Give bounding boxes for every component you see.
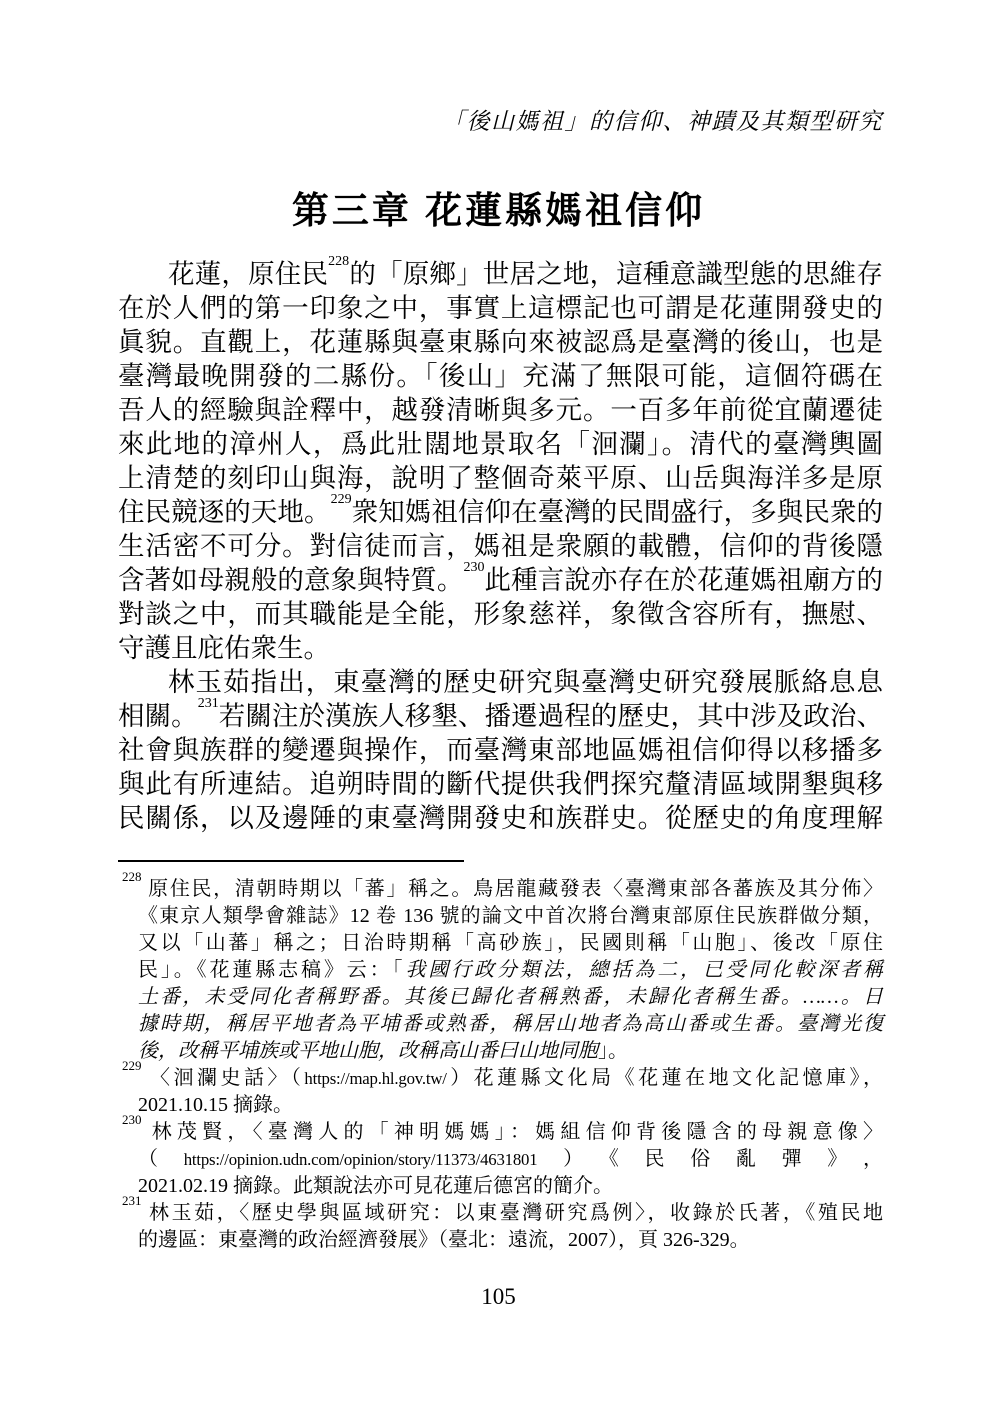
url-text: https://map.hl.gov.tw/ bbox=[304, 1069, 446, 1088]
body-text: 花蓮，原住民228的「原鄉」世居之地，這種意識型態的思維存在於人們的第一印象之中… bbox=[118, 257, 883, 835]
footnote-line: 據時期，稱居平地者為平埔番或熟番，稱居山地者為高山番或生番。臺灣光復 bbox=[138, 1011, 883, 1038]
running-head: 「後山媽祖」的信仰、神蹟及其類型研究 bbox=[118, 103, 883, 136]
body-line: 花蓮，原住民228的「原鄉」世居之地，這種意識型態的思維存 bbox=[118, 257, 883, 291]
page-number: 105 bbox=[0, 1284, 997, 1310]
body-line: 生活密不可分。對信徒而言，媽祖是衆願的載體，信仰的背後隱 bbox=[118, 529, 883, 563]
body-line: 民關係，以及邊陲的東臺灣開發史和族群史。從歷史的角度理解 bbox=[118, 801, 883, 835]
body-line: 含著如母親般的意象與特質。230此種言說亦存在於花蓮媽祖廟方的 bbox=[118, 563, 883, 597]
body-line: 在於人們的第一印象之中，事實上這標記也可謂是花蓮開發史的 bbox=[118, 291, 883, 325]
kai-quote-text: 我國行政分類法，總括為二，已受同化較深者稱 bbox=[405, 959, 883, 981]
footnote-line: 的邊區：東臺灣的政治經濟發展》（臺北：遠流，2007），頁 326-329。 bbox=[138, 1227, 883, 1254]
footnote-line: 《東京人類學會雜誌》12 卷 136 號的論文中首次將台灣東部原住民族群做分類， bbox=[138, 903, 883, 930]
body-line: 守護且庇佑衆生。 bbox=[118, 631, 883, 665]
footnote-separator bbox=[118, 860, 464, 862]
body-line: 社會與族群的變遷與操作，而臺灣東部地區媽祖信仰得以移播多 bbox=[118, 733, 883, 767]
footnote-ref: 228 bbox=[328, 254, 349, 269]
footnote-number: 230 bbox=[122, 1112, 142, 1127]
footnote-230: 230林茂賢，〈臺灣人的「神明媽媽」：媽組信仰背後隱含的母親意像〉（https:… bbox=[118, 1119, 883, 1200]
body-line: 住民競逐的天地。229衆知媽祖信仰在臺灣的民間盛行，多與民衆的 bbox=[118, 495, 883, 529]
body-line: 對談之中，而其職能是全能，形象慈祥，象徵含容所有，撫慰、 bbox=[118, 597, 883, 631]
footnote-line: 230林茂賢，〈臺灣人的「神明媽媽」：媽組信仰背後隱含的母親意像〉 bbox=[138, 1119, 883, 1146]
kai-quote-text: 據時期，稱居平地者為平埔番或熟番，稱居山地者為高山番或生番。臺灣光復 bbox=[138, 1013, 883, 1035]
footnote-line: 229〈洄瀾史話〉（https://map.hl.gov.tw/）花蓮縣文化局《… bbox=[138, 1065, 883, 1092]
footnote-line: 228原住民，清朝時期以「蕃」稱之。鳥居龍藏發表〈臺灣東部各蕃族及其分佈〉 bbox=[138, 876, 883, 903]
footnote-228: 228原住民，清朝時期以「蕃」稱之。鳥居龍藏發表〈臺灣東部各蕃族及其分佈〉《東京… bbox=[118, 876, 883, 1065]
body-line: 上清楚的刻印山與海，說明了整個奇萊平原、山岳與海洋多是原 bbox=[118, 461, 883, 495]
footnote-line: 231林玉茹，〈歷史學與區域研究：以東臺灣研究爲例〉，收錄於氏著，《殖民地 bbox=[138, 1200, 883, 1227]
footnote-229: 229〈洄瀾史話〉（https://map.hl.gov.tw/）花蓮縣文化局《… bbox=[118, 1065, 883, 1119]
kai-quote-text: 土番，未受同化者稱野番。其後已歸化者稱熟番，未歸化者稱生番。……。日 bbox=[138, 986, 883, 1008]
footnote-ref: 229 bbox=[331, 492, 352, 507]
footnote-number: 228 bbox=[122, 869, 142, 884]
footnote-231: 231林玉茹，〈歷史學與區域研究：以東臺灣研究爲例〉，收錄於氏著，《殖民地的邊區… bbox=[118, 1200, 883, 1254]
body-line: 相關。231若關注於漢族人移墾、播遷過程的歷史，其中涉及政治、 bbox=[118, 699, 883, 733]
chapter-title: 第三章 花蓮縣媽祖信仰 bbox=[0, 180, 997, 234]
footnote-line: 民」。《花蓮縣志稿》云：「我國行政分類法，總括為二，已受同化較深者稱 bbox=[138, 957, 883, 984]
footnote-line: 後，改稱平埔族或平地山胞，改稱高山番曰山地同胞」。 bbox=[138, 1038, 883, 1065]
footnote-line: 2021.10.15 摘錄。 bbox=[138, 1092, 883, 1119]
footnote-line: 又以「山蕃」稱之；日治時期稱「高砂族」，民國則稱「山胞」、後改「原住 bbox=[138, 930, 883, 957]
footnote-line: 2021.02.19 摘錄。此類說法亦可見花蓮后德宮的簡介。 bbox=[138, 1173, 883, 1200]
url-text: https://opinion.udn.com/opinion/story/11… bbox=[184, 1150, 538, 1169]
footnote-line: 土番，未受同化者稱野番。其後已歸化者稱熟番，未歸化者稱生番。……。日 bbox=[138, 984, 883, 1011]
footnote-line: （https://opinion.udn.com/opinion/story/1… bbox=[138, 1146, 883, 1173]
footnote-ref: 231 bbox=[198, 696, 219, 711]
footnote-number: 229 bbox=[122, 1058, 142, 1073]
body-line: 與此有所連結。追朔時間的斷代提供我們探究釐清區域開墾與移 bbox=[118, 767, 883, 801]
body-line: 眞貌。直觀上，花蓮縣與臺東縣向來被認爲是臺灣的後山，也是 bbox=[118, 325, 883, 359]
footnotes: 228原住民，清朝時期以「蕃」稱之。鳥居龍藏發表〈臺灣東部各蕃族及其分佈〉《東京… bbox=[118, 876, 883, 1254]
kai-quote-text: 後，改稱平埔族或平地山胞，改稱高山番曰山地同胞 bbox=[138, 1040, 598, 1062]
body-line: 臺灣最晚開發的二縣份。「後山」充滿了無限可能，這個符碼在 bbox=[118, 359, 883, 393]
body-line: 來此地的漳州人，爲此壯闊地景取名「洄瀾」。清代的臺灣輿圖 bbox=[118, 427, 883, 461]
footnote-ref: 230 bbox=[463, 560, 484, 575]
body-line: 吾人的經驗與詮釋中，越發清晰與多元。一百多年前從宜蘭遷徒 bbox=[118, 393, 883, 427]
body-line: 林玉茹指出，東臺灣的歷史研究與臺灣史研究發展脈絡息息 bbox=[118, 665, 883, 699]
footnote-number: 231 bbox=[122, 1193, 142, 1208]
document-page: 「後山媽祖」的信仰、神蹟及其類型研究 第三章 花蓮縣媽祖信仰 花蓮，原住民228… bbox=[0, 0, 997, 1410]
